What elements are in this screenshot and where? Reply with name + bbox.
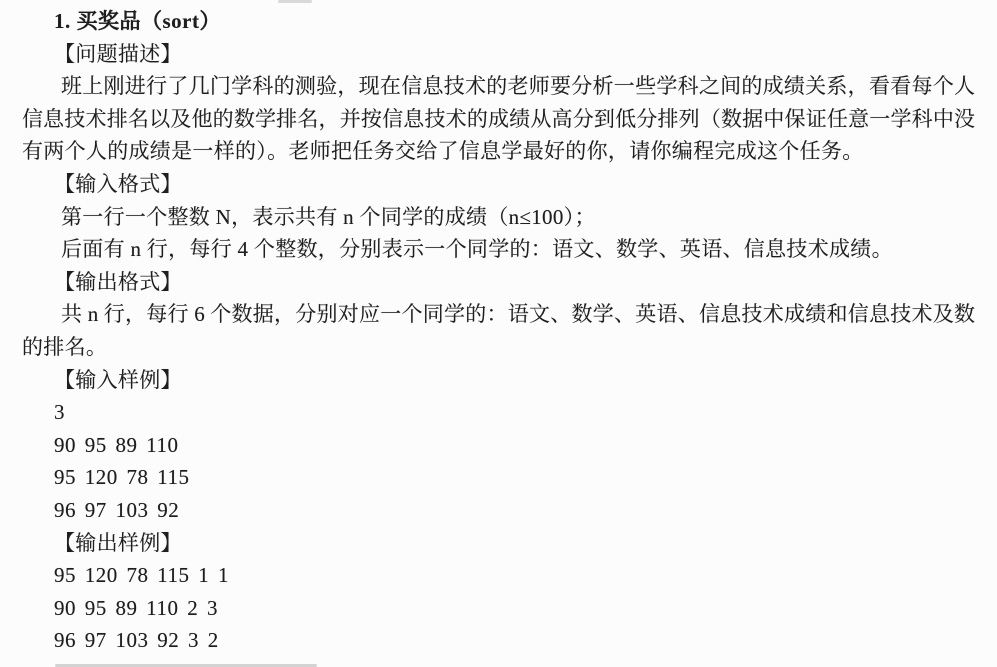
input-sample-line: 90 95 89 110 (22, 429, 975, 462)
input-format-line: 后面有 n 行，每行 4 个整数，分别表示一个同学的：语文、数学、英语、信息技术… (22, 233, 975, 266)
input-sample-section: 【输入样例】 3 90 95 89 110 95 120 78 115 96 9… (22, 364, 975, 527)
input-format-section: 【输入格式】 第一行一个整数 N，表示共有 n 个同学的成绩（n≤100）； 后… (22, 168, 975, 266)
output-sample-line: 95 120 78 115 1 1 (22, 559, 975, 592)
document-page: 1. 买奖品（sort） 【问题描述】 班上刚进行了几门学科的测验，现在信息技术… (0, 0, 997, 667)
problem-line: 班上刚进行了几门学科的测验，现在信息技术的老师要分析一些学科之间的成绩关系，看看… (22, 70, 975, 103)
input-sample-line: 96 97 103 92 (22, 494, 975, 527)
output-format-line: 共 n 行，每行 6 个数据，分别对应一个同学的：语文、数学、英语、信息技术成绩… (22, 298, 975, 331)
output-format-section: 【输出格式】 共 n 行，每行 6 个数据，分别对应一个同学的：语文、数学、英语… (22, 266, 975, 364)
input-sample-line: 95 120 78 115 (22, 461, 975, 494)
problem-statement: 1. 买奖品（sort） 【问题描述】 班上刚进行了几门学科的测验，现在信息技术… (0, 5, 997, 657)
output-sample-section: 【输出样例】 95 120 78 115 1 1 90 95 89 110 2 … (22, 527, 975, 657)
output-sample-line: 90 95 89 110 2 3 (22, 592, 975, 625)
section-label-output-sample: 【输出样例】 (22, 527, 975, 560)
input-sample-line: 3 (22, 396, 975, 429)
section-label-output-format: 【输出格式】 (22, 266, 975, 299)
page-title: 1. 买奖品（sort） (22, 5, 975, 38)
scan-artifact-top (278, 0, 312, 3)
problem-line: 有两个人的成绩是一样的）。老师把任务交给了信息学最好的你，请你编程完成这个任务。 (22, 135, 975, 168)
output-format-line: 的排名。 (22, 331, 975, 364)
problem-line: 信息技术排名以及他的数学排名，并按信息技术的成绩从高分到低分排列（数据中保证任意… (22, 103, 975, 136)
section-label-input-format: 【输入格式】 (22, 168, 975, 201)
output-sample-line: 96 97 103 92 3 2 (22, 624, 975, 657)
input-format-line: 第一行一个整数 N，表示共有 n 个同学的成绩（n≤100）； (22, 201, 975, 234)
section-label-input-sample: 【输入样例】 (22, 364, 975, 397)
section-label-problem: 【问题描述】 (22, 38, 975, 71)
problem-description-section: 【问题描述】 班上刚进行了几门学科的测验，现在信息技术的老师要分析一些学科之间的… (22, 38, 975, 168)
